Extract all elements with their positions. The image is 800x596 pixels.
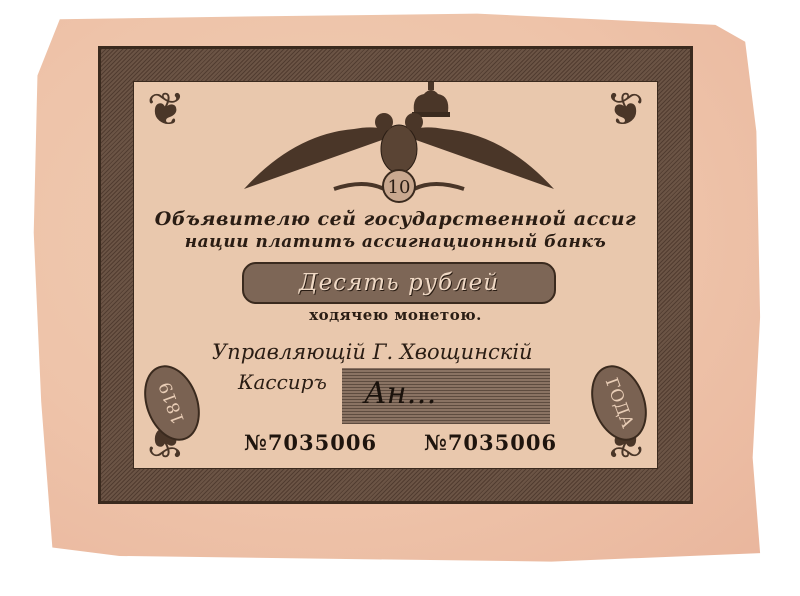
- corner-ornament-top-right: ❦: [595, 84, 655, 134]
- text-line-3: ходячею монетою.: [134, 306, 657, 324]
- banknote-frame: ❦ ❦ ❦ ❦ 10 Объявителю сей государственно…: [98, 46, 693, 504]
- cashier-signature: Ан…: [364, 376, 436, 411]
- banknote-field: ❦ ❦ ❦ ❦ 10 Объявителю сей государственно…: [133, 81, 658, 469]
- text-line-1: Объявителю сей государственной ассиг: [134, 208, 657, 230]
- serial-number-right: №7035006: [424, 430, 557, 455]
- cashier-label: Кассиръ: [238, 370, 327, 394]
- text-line-2: нации платитъ ассигнационный банкъ: [134, 232, 657, 252]
- goda-text: ГОДА: [601, 375, 638, 431]
- denomination-numeral: 10: [388, 177, 411, 198]
- signature-box: Ан…: [342, 368, 550, 424]
- year-text: 1819: [155, 379, 189, 426]
- double-headed-eagle-emblem: 10: [234, 94, 564, 204]
- corner-ornament-top-left: ❦: [136, 84, 196, 134]
- serial-number-left: №7035006: [244, 430, 377, 455]
- denomination-banner: Десять рублей: [242, 262, 556, 304]
- manager-label: Управляющій Г. Хвощинскій: [212, 340, 533, 364]
